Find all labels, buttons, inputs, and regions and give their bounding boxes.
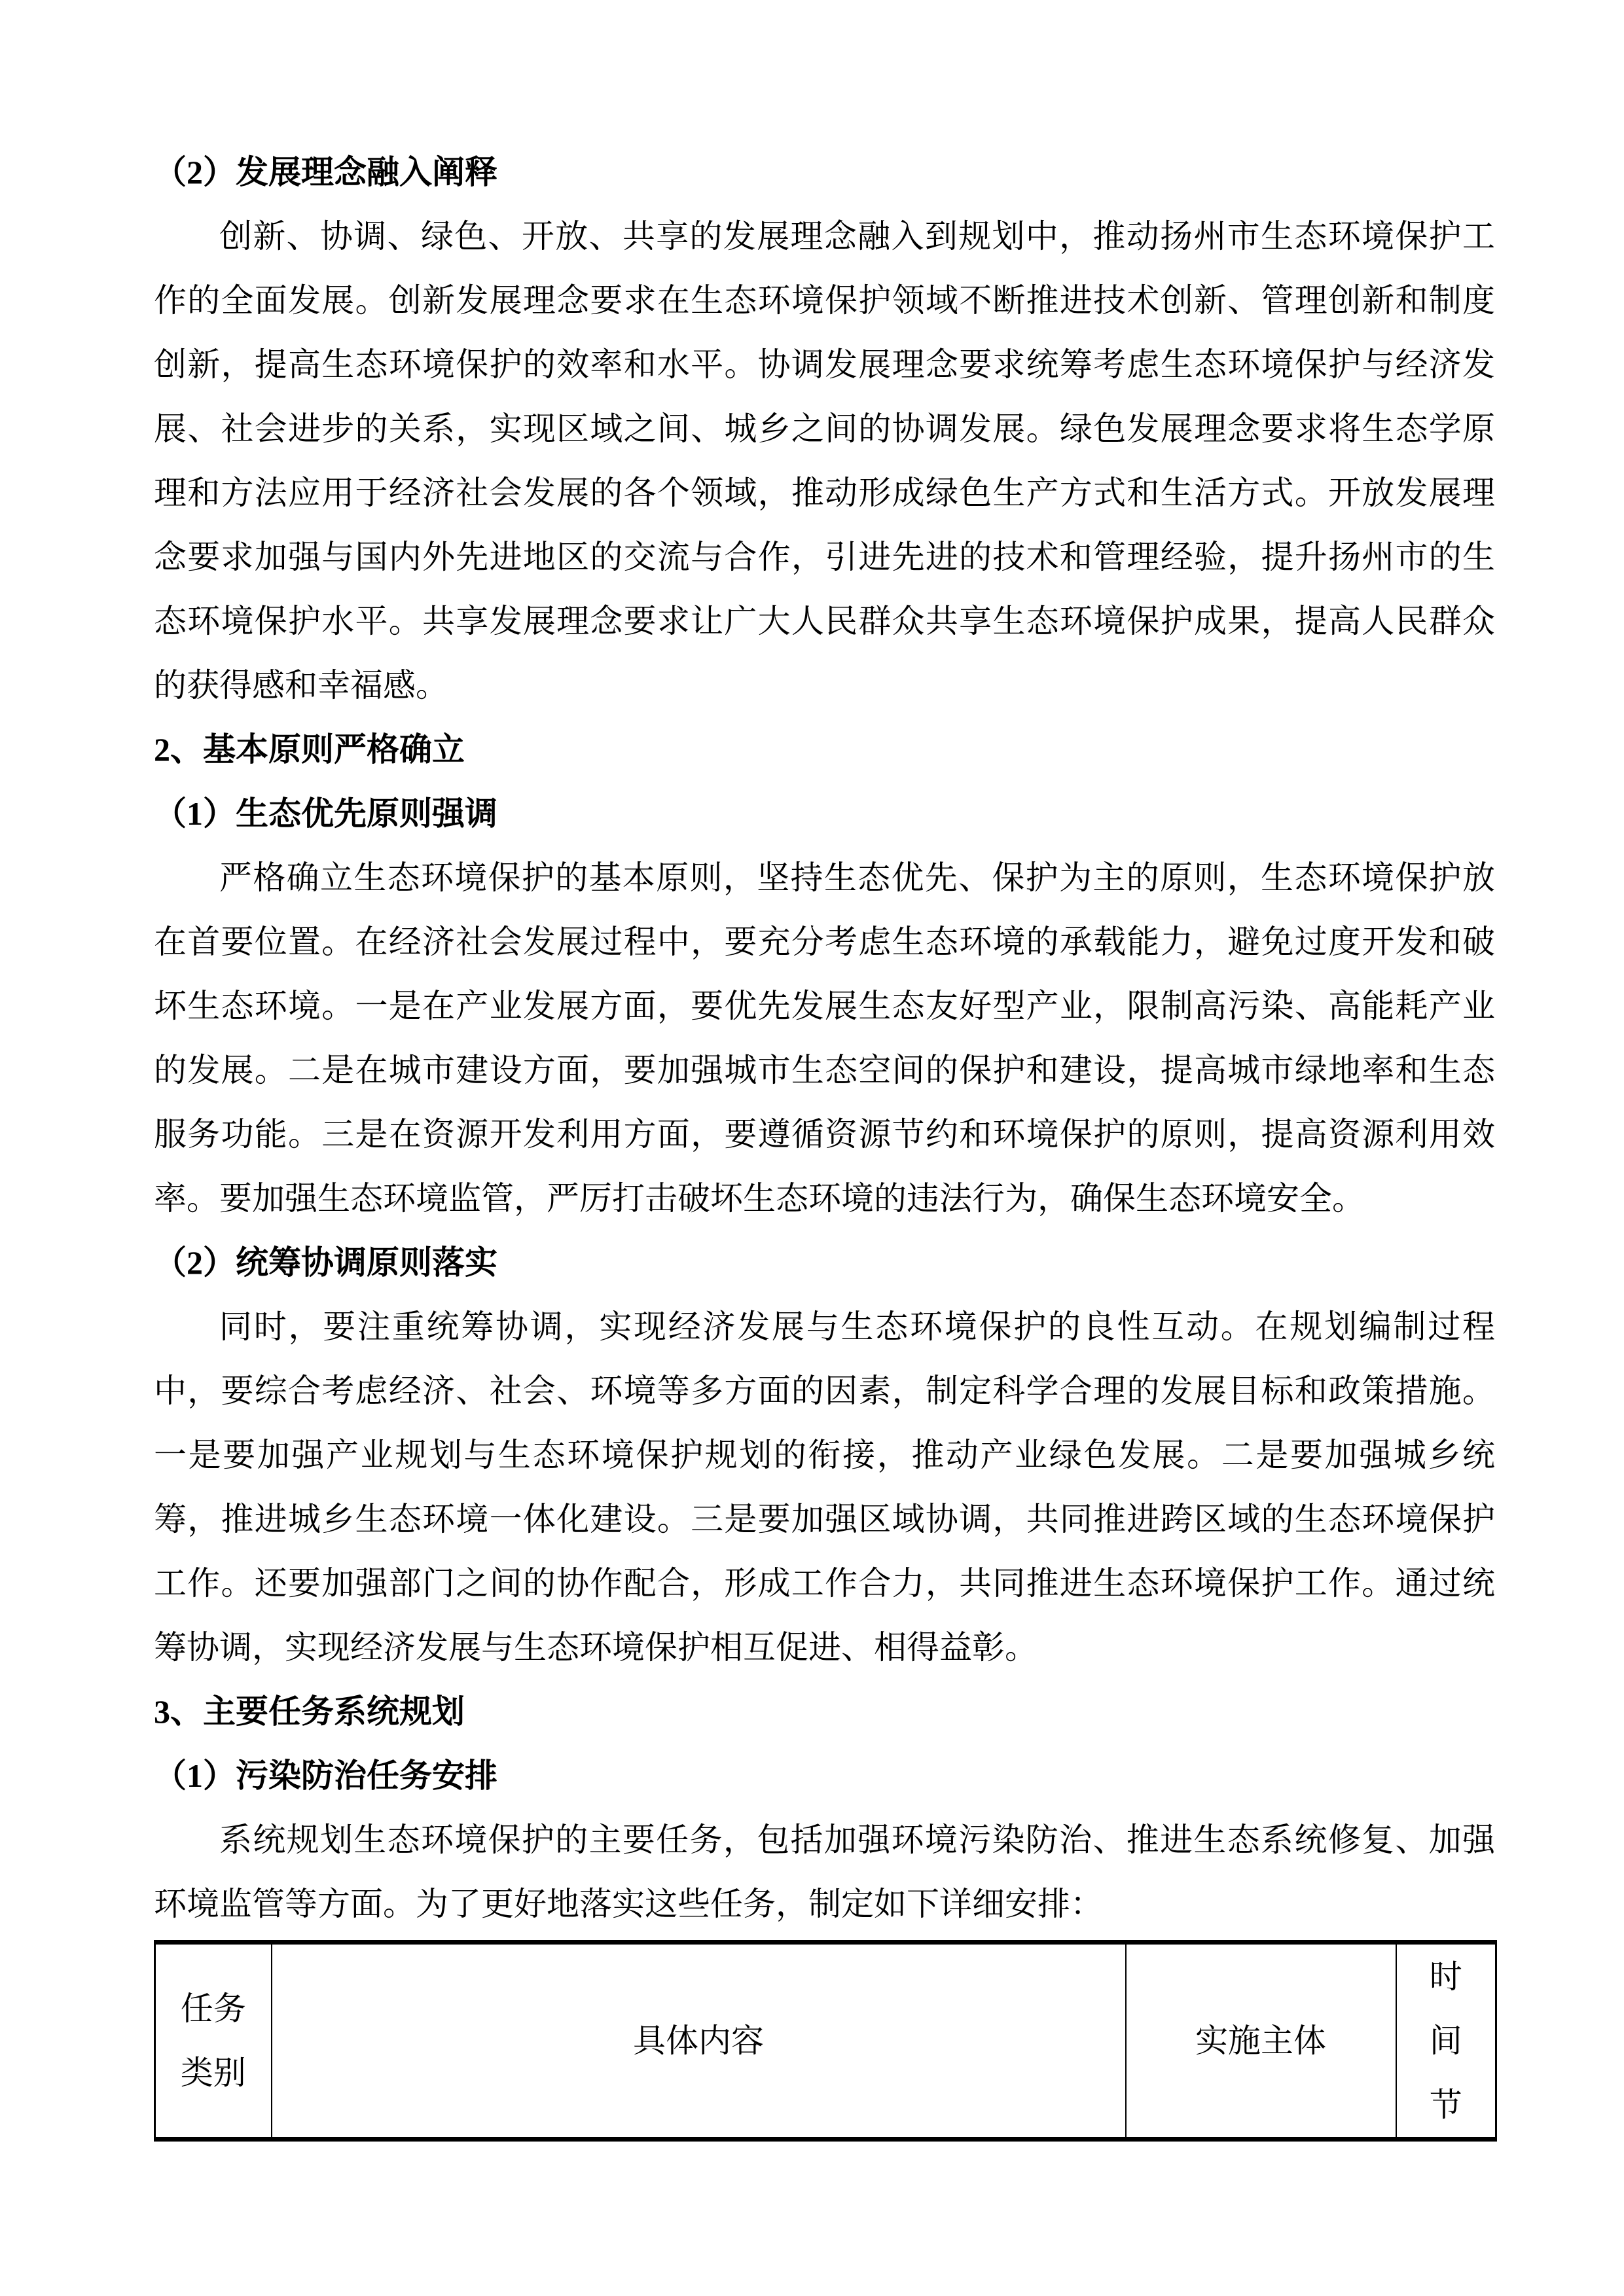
table-header-row: 任务 类别 具体内容 实施主体 时 间 节 <box>155 1943 1496 2140</box>
table-header-task-category: 任务 类别 <box>155 1943 272 2140</box>
table-header-implementing-body: 实施主体 <box>1126 1943 1396 2140</box>
heading-ecological-priority: （1）生态优先原则强调 <box>154 781 1495 846</box>
heading-main-tasks: 3、主要任务系统规划 <box>154 1679 1495 1744</box>
heading-development-concepts: （2）发展理念融入阐释 <box>154 140 1495 204</box>
time-node-line2: 间 <box>1397 2009 1496 2073</box>
table-header-specific-content: 具体内容 <box>272 1943 1126 2140</box>
document-page: （2）发展理念融入阐释 创新、协调、绿色、开放、共享的发展理念融入到规划中，推动… <box>0 0 1624 2296</box>
task-category-line1: 任务 <box>156 1977 271 2041</box>
heading-basic-principles: 2、基本原则严格确立 <box>154 717 1495 781</box>
table-header-time-node: 时 间 节 <box>1396 1943 1496 2140</box>
time-node-line1: 时 <box>1397 1945 1496 2009</box>
task-category-line2: 类别 <box>156 2041 271 2105</box>
task-arrangement-table: 任务 类别 具体内容 实施主体 时 间 节 <box>154 1940 1497 2142</box>
para-pollution-prevention-tasks: 系统规划生态环境保护的主要任务，包括加强环境污染防治、推进生态系统修复、加强环境… <box>154 1808 1495 1936</box>
para-development-concepts: 创新、协调、绿色、开放、共享的发展理念融入到规划中，推动扬州市生态环境保护工作的… <box>154 204 1495 717</box>
heading-pollution-prevention-tasks: （1）污染防治任务安排 <box>154 1744 1495 1808</box>
document-content: （2）发展理念融入阐释 创新、协调、绿色、开放、共享的发展理念融入到规划中，推动… <box>154 140 1495 2142</box>
heading-overall-coordination: （2）统筹协调原则落实 <box>154 1230 1495 1295</box>
time-node-line3: 节 <box>1397 2073 1496 2137</box>
para-ecological-priority: 严格确立生态环境保护的基本原则，坚持生态优先、保护为主的原则，生态环境保护放在首… <box>154 846 1495 1230</box>
para-overall-coordination: 同时，要注重统筹协调，实现经济发展与生态环境保护的良性互动。在规划编制过程中，要… <box>154 1295 1495 1679</box>
